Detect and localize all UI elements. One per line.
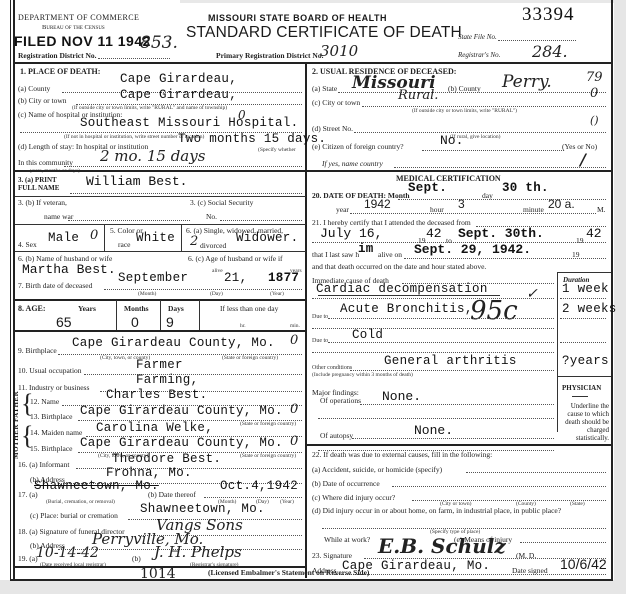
burial-place: Shawneetown, Mo. xyxy=(140,502,265,516)
registrar-number-label: Registrar's No. xyxy=(458,51,500,59)
primary-registration-value: 3010 xyxy=(320,42,358,60)
scan-edge-right xyxy=(614,0,626,594)
residence-state-label: (a) State xyxy=(312,84,337,93)
county-code: 79 xyxy=(586,70,603,85)
mother-birthplace-label: 15. Birthplace xyxy=(30,444,73,453)
registration-district-value: 853. xyxy=(140,33,178,53)
burial-date-year-note: (Year) xyxy=(280,499,294,505)
birth-month-label: (Month) xyxy=(138,291,156,297)
death-city: Cape Girardeau, xyxy=(120,88,237,102)
attended-from-year: 42 xyxy=(426,226,442,241)
spouse-alive-label: alive xyxy=(212,268,223,274)
stay-hospital: Two months 15 days. xyxy=(178,132,326,146)
sex-label: 4. Sex xyxy=(18,240,37,249)
age-days: 9 xyxy=(166,314,174,330)
physician-signature: E.B. Schulz xyxy=(378,534,506,558)
birth-date-label: 7. Birth date of deceased xyxy=(18,281,92,290)
residence-city: Rural. xyxy=(398,88,438,103)
city-label: (b) City or town xyxy=(18,96,67,105)
father-name: Charles Best. xyxy=(106,388,207,402)
immediate-cause: Cardiac decompensation xyxy=(316,282,488,296)
father-state-note: (State or foreign country) xyxy=(240,421,296,427)
mother-maiden-label: 14. Maiden name xyxy=(30,428,82,437)
ssn-no-label: No. xyxy=(206,212,217,221)
department-label: DEPARTMENT OF COMMERCE xyxy=(18,13,139,22)
full-name-label-a: 3. (a) PRINT xyxy=(18,177,57,184)
death-year: 1942 xyxy=(364,197,391,211)
board-label: MISSOURI STATE BOARD OF HEALTH xyxy=(208,13,387,23)
last-saw-label: that I last saw h xyxy=(312,250,359,259)
occurred-label: and that death occurred on the date and … xyxy=(312,262,486,271)
mother-side-label: MOTHER xyxy=(12,425,20,459)
hospital-mark: 0 xyxy=(238,108,246,122)
sex-code: 0 xyxy=(90,228,98,243)
sex-value: Male xyxy=(48,231,79,245)
father-birthplace-label: 13. Birthplace xyxy=(30,412,73,421)
border-bottom xyxy=(10,579,613,581)
autopsy-value: None. xyxy=(414,423,453,438)
external-heading: 22. If death was due to external causes,… xyxy=(312,450,492,459)
birth-day: 21, xyxy=(224,271,247,285)
county-label: (a) County xyxy=(18,84,50,93)
death-minute: 20 a. xyxy=(548,197,575,211)
age-months-label: Months xyxy=(124,304,149,313)
operations-value: None. xyxy=(382,389,421,404)
stay-specify-note: (Specify whether xyxy=(258,147,296,153)
accident-label: (a) Accident, suicide, or homicide (spec… xyxy=(312,465,442,474)
hr-label: hr. xyxy=(240,323,246,329)
scan-edge-bottom xyxy=(0,580,626,594)
other-conditions-note: (Include pregnancy within 3 months of de… xyxy=(312,372,413,378)
residence-city-label: (c) City or town xyxy=(312,98,360,107)
industry-value: Farming, xyxy=(136,373,198,387)
embalmer-note: (Licensed Embalmer's Statement on Revers… xyxy=(208,568,369,577)
birth-month: September xyxy=(118,271,188,285)
marital-label-b: divorced xyxy=(200,241,226,250)
burial-date-label: (b) Date thereof xyxy=(148,490,196,499)
hospital-name: Southeast Missouri Hospital. xyxy=(80,116,298,130)
birthplace-label: 9. Birthplace xyxy=(18,346,57,355)
physician-label: PHYSICIAN xyxy=(562,384,601,392)
country-label: If yes, name country xyxy=(322,159,383,168)
marital-code: 2 xyxy=(190,234,198,249)
birthplace-state-note: (State or foreign country) xyxy=(222,355,278,361)
street-code: () xyxy=(590,114,599,127)
citizen-label: (e) Citizen of foreign country? xyxy=(312,142,404,151)
birthplace-code: 0 xyxy=(290,333,298,348)
age-years-label: Years xyxy=(78,304,96,313)
death-day: 30 th. xyxy=(502,181,549,195)
informant-label: 16. (a) Informant xyxy=(18,460,69,469)
full-name-label-b: FULL NAME xyxy=(18,184,59,192)
last-saw-pronoun: im xyxy=(358,242,374,256)
bureau-label: Bureau of the Census xyxy=(42,24,105,31)
attended-to: Sept. 30th. xyxy=(458,226,544,241)
father-side-label: FATHER xyxy=(12,394,20,422)
other-duration: ?years xyxy=(562,354,609,368)
at-work-label: While at work? xyxy=(324,535,370,544)
check-mark: ✓ xyxy=(526,286,538,302)
due-to-label-1: Due to xyxy=(312,314,328,320)
date-signed: 10/6/42 xyxy=(560,556,607,572)
state-file-label: State File No. xyxy=(458,33,497,41)
border-right xyxy=(611,0,613,580)
mother-state-note: (State or foreign country) xyxy=(240,453,296,459)
registrar-number-value: 284. xyxy=(532,42,568,61)
burial-date: Oct.4,1942 xyxy=(220,479,298,493)
informant-address: Frohna, Mo. xyxy=(106,466,192,480)
date-of-death-label: 20. DATE OF DEATH: Month xyxy=(312,191,410,200)
due-to-2: Cold xyxy=(352,328,383,342)
attended-to-year: 42 xyxy=(586,226,602,241)
border-left-inner xyxy=(13,0,15,580)
street-label: (d) Street No. xyxy=(312,124,353,133)
residence-city-note: (If outside city or town limits, write "… xyxy=(412,108,517,114)
registration-district-label: Registration District No. xyxy=(18,51,97,60)
ssn-label: 3. (c) Social Security xyxy=(190,198,253,207)
to-year-prefix: 19 xyxy=(576,236,584,245)
cause-code-mark: 95c xyxy=(470,296,518,326)
mother-birthplace: Cape Girardeau County, Mo. xyxy=(80,436,283,450)
mother-maiden-name: Carolina Welke, xyxy=(96,421,213,435)
where-state-note: (State) xyxy=(570,501,585,507)
primary-registration-label: Primary Registration District No. xyxy=(216,51,323,60)
burial-place-label: (c) Place: burial or cremation xyxy=(30,511,118,520)
m-label: M. xyxy=(597,205,606,214)
marital-value: Widower. xyxy=(236,231,298,245)
birth-year: 1877 xyxy=(268,271,299,285)
filed-stamp: FILED NOV 11 1942 xyxy=(14,33,151,49)
immediate-duration: 1 week xyxy=(562,282,609,296)
border-left-outer xyxy=(10,0,11,580)
birth-day-label: (Day) xyxy=(210,291,223,297)
birthplace-value: Cape Girardeau County, Mo. xyxy=(72,336,275,350)
age-years: 65 xyxy=(56,314,72,330)
due-to-1: Acute Bronchitis, xyxy=(340,302,473,316)
death-certificate: DEPARTMENT OF COMMERCE Bureau of the Cen… xyxy=(0,0,626,594)
less-than-day-label: If less than one day xyxy=(220,304,278,313)
death-county: Cape Girardeau, xyxy=(120,72,237,86)
registrar-label: 19. (a) xyxy=(18,554,38,563)
informant-name: Theodore Best. xyxy=(112,452,221,466)
death-hour: 3 xyxy=(458,197,465,211)
age-months: 0 xyxy=(131,314,139,330)
age-days-label: Days xyxy=(168,304,184,313)
last-saw-date: Sept. 29, 1942. xyxy=(414,242,531,257)
due-to-1-duration: 2 weeks xyxy=(562,302,617,316)
father-name-label: 12. Name xyxy=(30,397,59,406)
physician-note: Underline the cause to which death shoul… xyxy=(559,402,609,442)
spouse-age-label: 6. (c) Age of husband or wife if xyxy=(188,254,283,263)
death-month: Sept. xyxy=(408,181,447,195)
burial-note: (Burial, cremation, or removal) xyxy=(46,499,115,505)
occupation-label: 10. Usual occupation xyxy=(18,366,82,375)
full-name: William Best. xyxy=(86,174,187,189)
scan-edge-top xyxy=(180,0,620,3)
color-label-b: race xyxy=(118,240,130,249)
age-label: 8. AGE: xyxy=(18,304,46,313)
city-code: 0 xyxy=(590,86,598,101)
residence-county: Perry. xyxy=(502,72,552,92)
color-value: White xyxy=(136,231,175,245)
duration-divider xyxy=(557,272,558,376)
registrar-signature: J. H. Phelps xyxy=(154,543,242,561)
veteran-label: 3. (b) If veteran, xyxy=(18,198,67,207)
occupation-value: Farmer xyxy=(136,358,183,372)
place-of-death-heading: 1. PLACE OF DEATH: xyxy=(20,67,100,76)
operations-label: Of operations xyxy=(320,396,361,405)
certificate-title: STANDARD CERTIFICATE OF DEATH xyxy=(186,24,462,42)
registrar-b-label: (b) xyxy=(132,554,141,563)
occurrence-date-label: (b) Date of occurrence xyxy=(312,479,380,488)
burial-place-struck: Shawneetown, Mo. xyxy=(34,479,159,493)
state-file-number: 33394 xyxy=(522,4,575,26)
min-label: min. xyxy=(290,323,300,329)
alive-on-label: alive on xyxy=(378,250,402,259)
stay-community: 2 mo. 15 days xyxy=(100,147,205,165)
citizen-value: No. xyxy=(440,133,463,148)
autopsy-label: Of autopsy xyxy=(320,431,353,440)
due-to-label-2: Due to xyxy=(312,338,328,344)
footer-number: 1014 xyxy=(140,566,176,582)
father-birthplace: Cape Girardeau County, Mo. xyxy=(80,404,283,418)
other-conditions: General arthritis xyxy=(384,354,517,368)
injury-where-label: (c) Where did injury occur? xyxy=(312,493,395,502)
attended-from: July 16, xyxy=(320,226,382,241)
father-code: 0 xyxy=(290,402,298,417)
mother-code: 0 xyxy=(290,434,298,449)
date-received: 10-14-42 xyxy=(36,545,99,561)
spouse-name: Martha Best. xyxy=(22,262,116,277)
other-conditions-label: Other conditions xyxy=(312,365,352,371)
birth-year-label: (Year) xyxy=(270,291,284,297)
injury-home-label: (d) Did injury occur in or about home, o… xyxy=(312,506,561,515)
year-label: year xyxy=(336,205,349,214)
